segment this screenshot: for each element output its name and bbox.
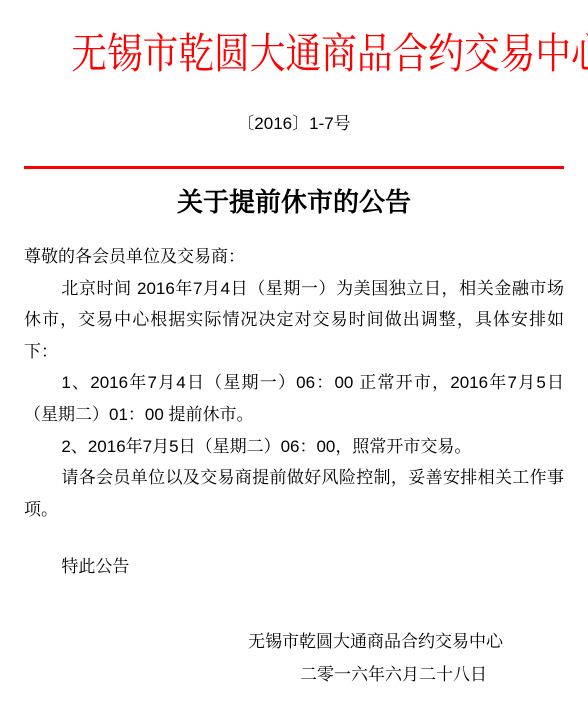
document-number: 〔2016〕1-7号 [24, 112, 564, 136]
announcement-title: 关于提前休市的公告 [24, 185, 564, 219]
paragraph-intro: 北京时间 2016年7月4日（星期一）为美国独立日，相关金融市场休市，交易中心根… [24, 273, 564, 368]
signature-block: 无锡市乾圆大通商品合约交易中心 二零一六年六月二十八日 [24, 625, 564, 691]
document-body: 尊敬的各会员单位及交易商： 北京时间 2016年7月4日（星期一）为美国独立日，… [24, 241, 564, 583]
paragraph-item-2: 2、2016年7月5日（星期二）06：00，照常开市交易。 [24, 431, 564, 463]
org-title-text: 无锡市乾圆大通商品合约交易中心 [71, 26, 588, 84]
red-divider-line [24, 166, 564, 169]
document-page: 无锡市乾圆大通商品合约交易中心 〔2016〕1-7号 关于提前休市的公告 尊敬的… [0, 0, 588, 713]
signature-date: 二零一六年六月二十八日 [24, 658, 564, 691]
salutation-line: 尊敬的各会员单位及交易商： [24, 241, 564, 273]
signature-org-name: 无锡市乾圆大通商品合约交易中心 [24, 625, 564, 658]
closing-statement: 特此公告 [24, 551, 564, 583]
paragraph-risk-notice: 请各会员单位以及交易商提前做好风险控制，妥善安排相关工作事项。 [24, 462, 564, 525]
org-title-banner: 无锡市乾圆大通商品合约交易中心 [24, 26, 564, 84]
paragraph-item-1: 1、2016年7月4日（星期一）06：00 正常开市，2016年7月5日（星期二… [24, 367, 564, 430]
